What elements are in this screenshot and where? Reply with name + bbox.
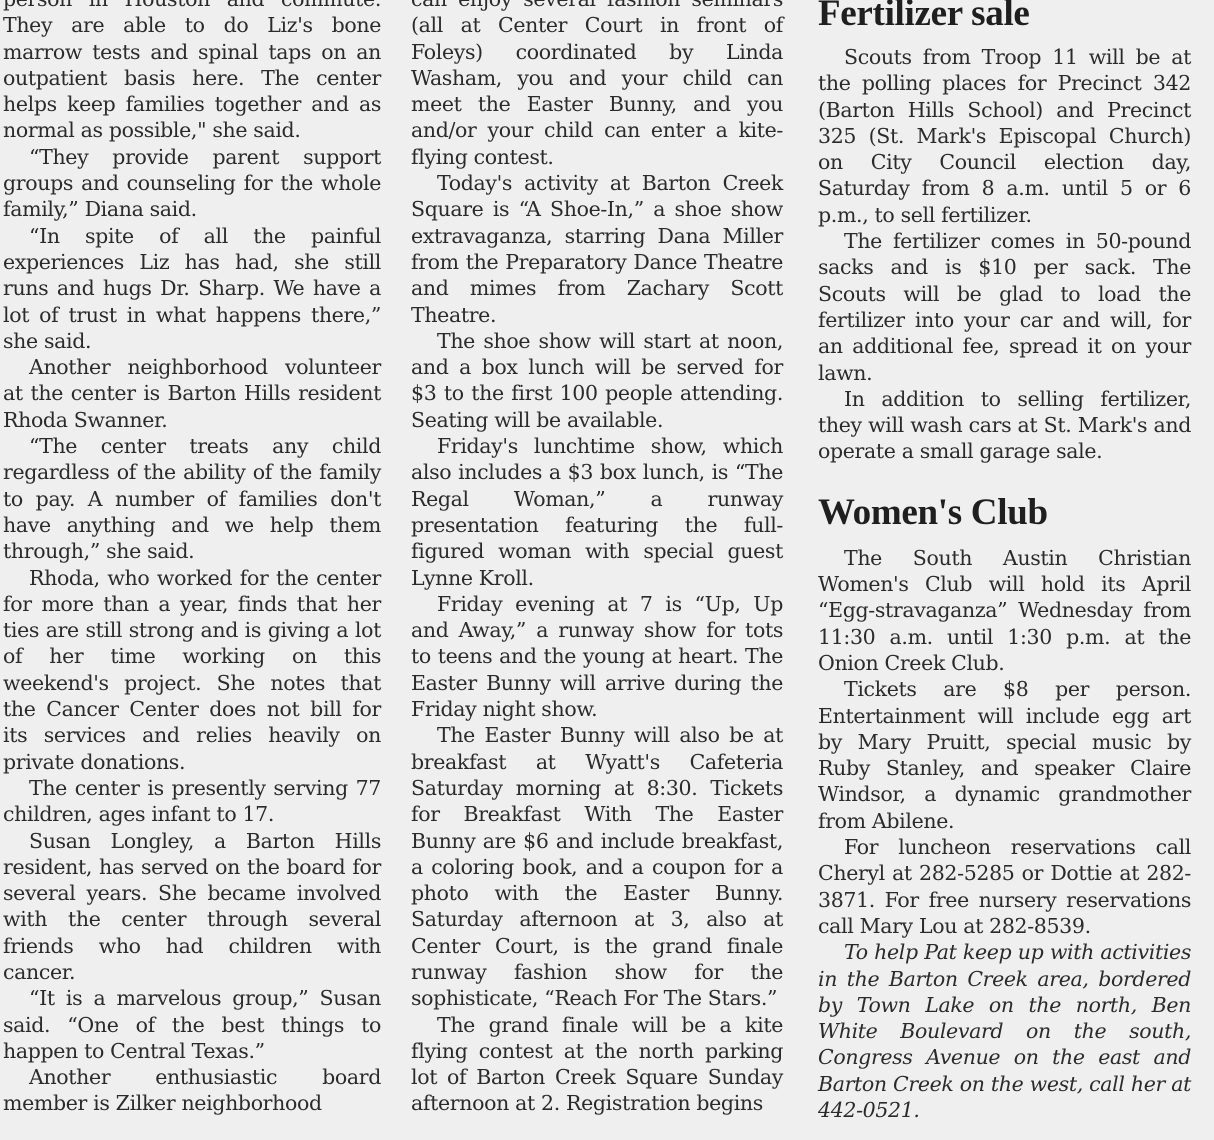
paragraph: “They provide parent support groups and … <box>3 144 381 223</box>
paragraph: For luncheon reservations call Cheryl at… <box>818 834 1191 939</box>
article-column-left: person in Houston and commute. They are … <box>3 0 381 1117</box>
paragraph: Another neighborhood volunteer at the ce… <box>3 354 381 433</box>
womens-club-section: Women's Club The South Austin Christian … <box>818 493 1191 1124</box>
paragraph: In addition to selling fertilizer, they … <box>818 386 1191 465</box>
article-column-middle: can enjoy several fashion seminars (all … <box>411 0 783 1117</box>
paragraph: The fertilizer comes in 50-pound sacks a… <box>818 228 1191 386</box>
paragraph: The Easter Bunny will also be at breakfa… <box>411 722 783 1011</box>
paragraph: Today's activity at Barton Creek Square … <box>411 170 783 328</box>
paragraph: The center is presently serving 77 child… <box>3 775 381 828</box>
paragraph: “In spite of all the painful experiences… <box>3 223 381 354</box>
article-column-right: Fertilizer sale Scouts from Troop 11 wil… <box>818 0 1191 1123</box>
paragraph: Scouts from Troop 11 will be at the poll… <box>818 44 1191 228</box>
paragraph: Friday evening at 7 is “Up, Up and Away,… <box>411 591 783 722</box>
paragraph: “It is a marvelous group,” Susan said. “… <box>3 985 381 1064</box>
fertilizer-sale-section: Fertilizer sale Scouts from Troop 11 wil… <box>818 0 1191 465</box>
paragraph: Friday's lunchtime show, which also incl… <box>411 433 783 591</box>
section-headline: Fertilizer sale <box>818 0 1191 34</box>
paragraph: The shoe show will start at noon, and a … <box>411 328 783 433</box>
paragraph: “The center treats any child regardless … <box>3 433 381 564</box>
paragraph: person in Houston and commute. They are … <box>3 0 381 144</box>
paragraph: Susan Longley, a Barton Hills resident, … <box>3 828 381 986</box>
paragraph: Rhoda, who worked for the center for mor… <box>3 565 381 775</box>
contact-note: To help Pat keep up with activities in t… <box>818 939 1191 1123</box>
paragraph: The South Austin Christian Women's Club … <box>818 545 1191 676</box>
paragraph: Another enthusiastic board member is Zil… <box>3 1064 381 1117</box>
section-headline: Women's Club <box>818 493 1191 533</box>
newspaper-page: person in Houston and commute. They are … <box>0 0 1214 1140</box>
paragraph: The grand finale will be a kite flying c… <box>411 1012 783 1117</box>
paragraph: Tickets are $8 per person. Entertainment… <box>818 676 1191 834</box>
paragraph: can enjoy several fashion seminars (all … <box>411 0 783 170</box>
